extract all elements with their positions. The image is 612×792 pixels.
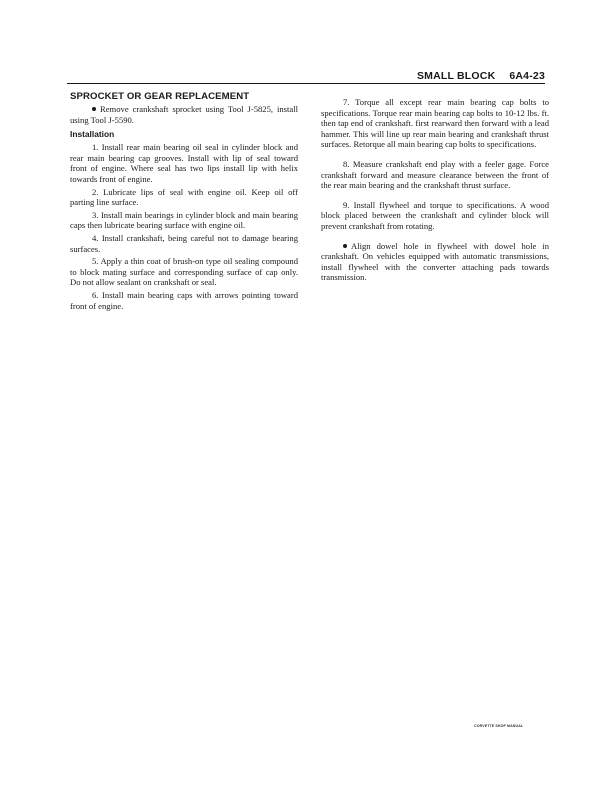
page-number: 6A4-23 xyxy=(509,70,545,82)
intro-bullet: Remove crankshaft sprocket using Tool J-… xyxy=(70,104,298,125)
subhead-installation: Installation xyxy=(70,129,298,139)
footer-manual-title: CORVETTE SHOP MANUAL xyxy=(474,724,523,728)
final-bullet: Align dowel hole in flywheel with dowel … xyxy=(321,241,549,283)
section-name: SMALL BLOCK xyxy=(417,70,495,82)
step-1: 1. Install rear main bearing oil seal in… xyxy=(70,142,298,184)
step-6: 6. Install main bearing caps with arrows… xyxy=(70,290,298,311)
left-column: SPROCKET OR GEAR REPLACEMENT Remove cran… xyxy=(70,91,298,313)
step-3: 3. Install main bearings in cylinder blo… xyxy=(70,210,298,231)
right-column: 7. Torque all except rear main bearing c… xyxy=(321,97,549,292)
step-9: 9. Install flywheel and torque to specif… xyxy=(321,200,549,232)
page-header: SMALL BLOCK6A4-23 xyxy=(67,70,545,84)
step-2: 2. Lubricate lips of seal with engine oi… xyxy=(70,187,298,208)
section-title: SPROCKET OR GEAR REPLACEMENT xyxy=(70,91,298,102)
step-8: 8. Measure crankshaft end play with a fe… xyxy=(321,159,549,191)
step-5: 5. Apply a thin coat of brush-on type oi… xyxy=(70,256,298,288)
bullet-icon xyxy=(92,107,96,111)
step-7: 7. Torque all except rear main bearing c… xyxy=(321,97,549,150)
bullet-icon xyxy=(343,244,347,248)
step-4: 4. Install crankshaft, being careful not… xyxy=(70,233,298,254)
intro-bullet-text: Remove crankshaft sprocket using Tool J-… xyxy=(70,104,298,125)
final-bullet-text: Align dowel hole in flywheel with dowel … xyxy=(321,241,549,283)
